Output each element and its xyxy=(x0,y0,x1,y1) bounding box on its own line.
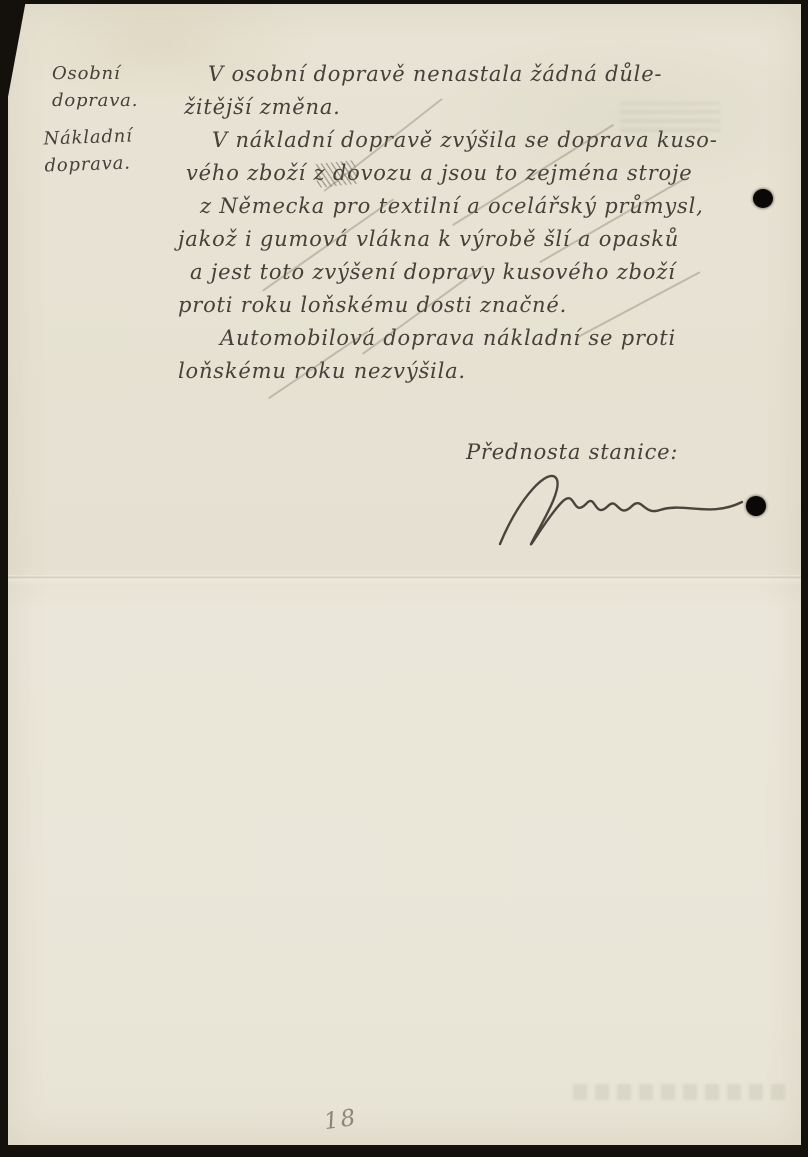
body-line: z Německa pro textilní a ocelářský průmy… xyxy=(200,190,718,223)
signature-scrawl xyxy=(486,464,756,559)
scan-edge-right xyxy=(801,0,808,1157)
page-number: 18 xyxy=(322,1105,359,1135)
margin-note-line: doprava. xyxy=(52,87,138,114)
scanned-letter-page: Osobní doprava. Nákladní doprava. V osob… xyxy=(0,0,808,1157)
closing-label: Přednosta stanice: xyxy=(466,440,678,464)
fold-crease-highlight xyxy=(8,579,802,585)
margin-note-line: Nákladní xyxy=(43,122,133,152)
margin-note-line: doprava. xyxy=(44,149,134,179)
fold-crease xyxy=(8,575,802,578)
body-line: V osobní dopravě nenastala žádná důle- xyxy=(208,58,718,91)
punch-hole xyxy=(746,496,766,516)
bleed-through-smudge xyxy=(620,102,720,132)
body-line: loňskému roku nezvýšila. xyxy=(178,355,718,388)
punch-hole xyxy=(753,189,773,208)
body-line: jakož i gumová vlákna k výrobě šlí a opa… xyxy=(178,223,718,256)
margin-note-passenger-traffic: Osobní doprava. xyxy=(52,60,138,114)
bleed-through-smudge xyxy=(573,1084,791,1100)
margin-note-freight-traffic: Nákladní doprava. xyxy=(43,122,134,179)
paper-sheet: Osobní doprava. Nákladní doprava. V osob… xyxy=(8,4,802,1145)
body-line: vého zboží z dovozu a jsou to zejména st… xyxy=(186,157,718,190)
margin-note-line: Osobní xyxy=(52,60,138,87)
body-line: Automobilová doprava nákladní se proti xyxy=(220,322,718,355)
crossed-out-word-mark xyxy=(315,160,357,188)
